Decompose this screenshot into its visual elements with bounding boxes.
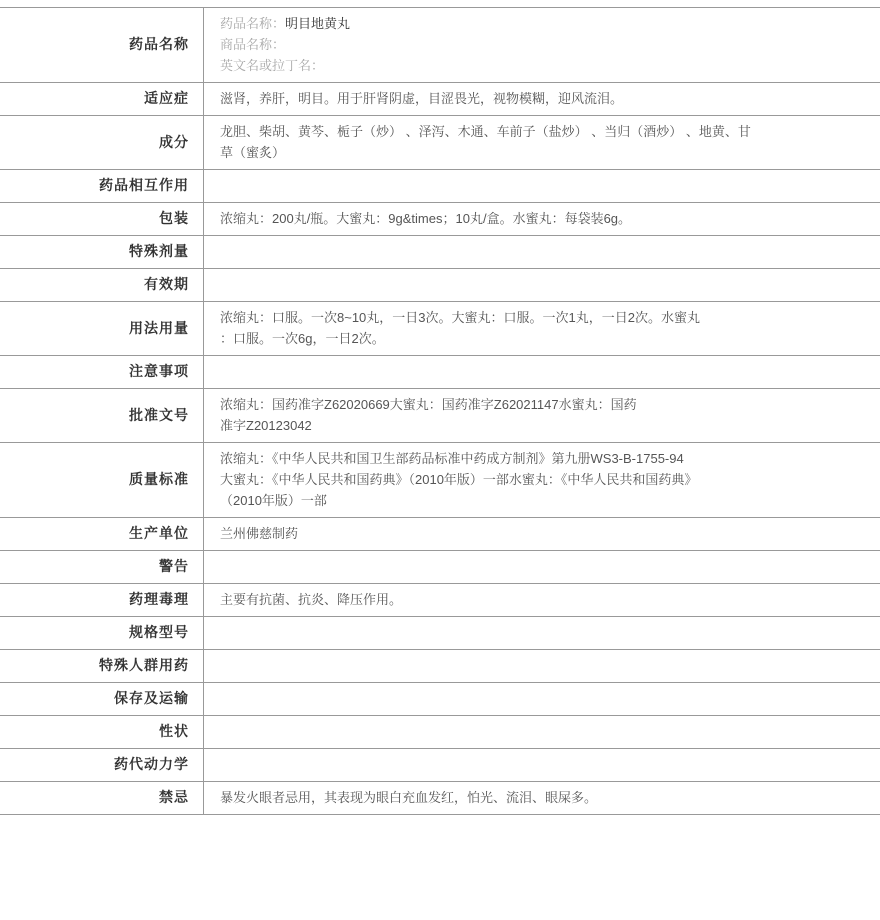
table-row: 特殊剂量 (0, 236, 880, 269)
value-text: 暴发火眼者忌用，其表现为眼白充血发红，怕光、流泪、眼屎多。 (220, 790, 597, 805)
row-label: 有效期 (0, 269, 204, 301)
row-value: 兰州佛慈制药 (204, 518, 880, 550)
value-text: 兰州佛慈制药 (220, 526, 298, 541)
table-row: 禁忌暴发火眼者忌用，其表现为眼白充血发红，怕光、流泪、眼屎多。 (0, 782, 880, 815)
row-label: 警告 (0, 551, 204, 583)
value-text-muted: 商品名称： (220, 37, 285, 52)
table-row: 特殊人群用药 (0, 650, 880, 683)
row-label: 用法用量 (0, 302, 204, 355)
row-value: 滋肾，养肝，明目。用于肝肾阴虚，目涩畏光，视物模糊，迎风流泪。 (204, 83, 880, 115)
row-label: 批准文号 (0, 389, 204, 442)
value-line: 准字Z20123042 (220, 415, 862, 436)
row-label: 药品名称 (0, 8, 204, 82)
table-row: 药代动力学 (0, 749, 880, 782)
table-row: 生产单位兰州佛慈制药 (0, 518, 880, 551)
table-row: 规格型号 (0, 617, 880, 650)
row-value (204, 269, 880, 301)
value-text: 浓缩丸：《中华人民共和国卫生部药品标准中药成方制剂》第九册WS3-B-1755-… (220, 451, 684, 466)
row-label: 药品相互作用 (0, 170, 204, 202)
value-text: 浓缩丸：国药准字Z62020669大蜜丸：国药准字Z62021147水蜜丸：国药 (220, 397, 637, 412)
value-text: 主要有抗菌、抗炎、降压作用。 (220, 592, 402, 607)
row-label: 特殊剂量 (0, 236, 204, 268)
row-value: 暴发火眼者忌用，其表现为眼白充血发红，怕光、流泪、眼屎多。 (204, 782, 880, 814)
drug-info-table: 药品名称药品名称：明目地黄丸商品名称：英文名或拉丁名：适应症滋肾，养肝，明目。用… (0, 7, 880, 815)
row-label: 禁忌 (0, 782, 204, 814)
table-row: 药品相互作用 (0, 170, 880, 203)
value-text-muted: 药品名称： (220, 16, 285, 31)
value-line: ：口服。一次6g，一日2次。 (220, 328, 862, 349)
row-value (204, 170, 880, 202)
row-label: 注意事项 (0, 356, 204, 388)
row-label: 成分 (0, 116, 204, 169)
row-value: 浓缩丸：口服。一次8~10丸，一日3次。大蜜丸：口服。一次1丸，一日2次。水蜜丸… (204, 302, 880, 355)
row-value: 主要有抗菌、抗炎、降压作用。 (204, 584, 880, 616)
value-text: （2010年版）一部 (220, 493, 327, 508)
table-row: 包装浓缩丸：200丸/瓶。大蜜丸：9g&times；10丸/盒。水蜜丸：每袋装6… (0, 203, 880, 236)
table-row: 批准文号浓缩丸：国药准字Z62020669大蜜丸：国药准字Z62021147水蜜… (0, 389, 880, 443)
row-label: 特殊人群用药 (0, 650, 204, 682)
value-line: 暴发火眼者忌用，其表现为眼白充血发红，怕光、流泪、眼屎多。 (220, 787, 862, 808)
table-row: 质量标准浓缩丸：《中华人民共和国卫生部药品标准中药成方制剂》第九册WS3-B-1… (0, 443, 880, 518)
value-text: 浓缩丸：口服。一次8~10丸，一日3次。大蜜丸：口服。一次1丸，一日2次。水蜜丸 (220, 310, 700, 325)
row-label: 适应症 (0, 83, 204, 115)
row-label: 质量标准 (0, 443, 204, 517)
value-line: （2010年版）一部 (220, 490, 862, 511)
row-value (204, 650, 880, 682)
row-value (204, 551, 880, 583)
value-line: 兰州佛慈制药 (220, 523, 862, 544)
table-row: 有效期 (0, 269, 880, 302)
row-label: 药代动力学 (0, 749, 204, 781)
value-line: 药品名称：明目地黄丸 (220, 13, 862, 34)
value-line: 大蜜丸：《中华人民共和国药典》（2010年版）一部水蜜丸：《中华人民共和国药典》 (220, 469, 862, 490)
value-text: 明目地黄丸 (285, 16, 350, 31)
row-label: 规格型号 (0, 617, 204, 649)
value-line: 主要有抗菌、抗炎、降压作用。 (220, 589, 862, 610)
value-text: 龙胆、柴胡、黄芩、栀子（炒） 、泽泻、木通、车前子（盐炒） 、当归（酒炒） 、地… (220, 124, 751, 139)
row-value (204, 236, 880, 268)
row-value: 药品名称：明目地黄丸商品名称：英文名或拉丁名： (204, 8, 880, 82)
row-value: 浓缩丸：《中华人民共和国卫生部药品标准中药成方制剂》第九册WS3-B-1755-… (204, 443, 880, 517)
value-text: 草（蜜炙） (220, 145, 285, 160)
table-row: 药理毒理主要有抗菌、抗炎、降压作用。 (0, 584, 880, 617)
row-value (204, 716, 880, 748)
table-row: 性状 (0, 716, 880, 749)
row-label: 性状 (0, 716, 204, 748)
row-label: 药理毒理 (0, 584, 204, 616)
row-label: 生产单位 (0, 518, 204, 550)
value-line: 浓缩丸：国药准字Z62020669大蜜丸：国药准字Z62021147水蜜丸：国药 (220, 394, 862, 415)
row-label: 保存及运输 (0, 683, 204, 715)
value-line: 浓缩丸：200丸/瓶。大蜜丸：9g&times；10丸/盒。水蜜丸：每袋装6g。 (220, 208, 862, 229)
table-row: 适应症滋肾，养肝，明目。用于肝肾阴虚，目涩畏光，视物模糊，迎风流泪。 (0, 83, 880, 116)
value-text: 滋肾，养肝，明目。用于肝肾阴虚，目涩畏光，视物模糊，迎风流泪。 (220, 91, 623, 106)
table-row: 用法用量浓缩丸：口服。一次8~10丸，一日3次。大蜜丸：口服。一次1丸，一日2次… (0, 302, 880, 356)
value-text-muted: 英文名或拉丁名： (220, 58, 324, 73)
value-line: 浓缩丸：口服。一次8~10丸，一日3次。大蜜丸：口服。一次1丸，一日2次。水蜜丸 (220, 307, 862, 328)
value-line: 英文名或拉丁名： (220, 55, 862, 76)
value-text: 浓缩丸：200丸/瓶。大蜜丸：9g&times；10丸/盒。水蜜丸：每袋装6g。 (220, 211, 631, 226)
row-value: 龙胆、柴胡、黄芩、栀子（炒） 、泽泻、木通、车前子（盐炒） 、当归（酒炒） 、地… (204, 116, 880, 169)
row-value (204, 749, 880, 781)
table-row: 药品名称药品名称：明目地黄丸商品名称：英文名或拉丁名： (0, 8, 880, 83)
value-text: ：口服。一次6g，一日2次。 (220, 331, 385, 346)
value-text: 准字Z20123042 (220, 418, 312, 433)
value-line: 浓缩丸：《中华人民共和国卫生部药品标准中药成方制剂》第九册WS3-B-1755-… (220, 448, 862, 469)
table-row: 警告 (0, 551, 880, 584)
value-line: 滋肾，养肝，明目。用于肝肾阴虚，目涩畏光，视物模糊，迎风流泪。 (220, 88, 862, 109)
row-value (204, 617, 880, 649)
table-row: 注意事项 (0, 356, 880, 389)
value-line: 草（蜜炙） (220, 142, 862, 163)
row-label: 包装 (0, 203, 204, 235)
value-line: 龙胆、柴胡、黄芩、栀子（炒） 、泽泻、木通、车前子（盐炒） 、当归（酒炒） 、地… (220, 121, 862, 142)
row-value (204, 356, 880, 388)
table-row: 成分龙胆、柴胡、黄芩、栀子（炒） 、泽泻、木通、车前子（盐炒） 、当归（酒炒） … (0, 116, 880, 170)
table-row: 保存及运输 (0, 683, 880, 716)
row-value: 浓缩丸：200丸/瓶。大蜜丸：9g&times；10丸/盒。水蜜丸：每袋装6g。 (204, 203, 880, 235)
value-text: 大蜜丸：《中华人民共和国药典》（2010年版）一部水蜜丸：《中华人民共和国药典》 (220, 472, 697, 487)
row-value (204, 683, 880, 715)
value-line: 商品名称： (220, 34, 862, 55)
row-value: 浓缩丸：国药准字Z62020669大蜜丸：国药准字Z62021147水蜜丸：国药… (204, 389, 880, 442)
